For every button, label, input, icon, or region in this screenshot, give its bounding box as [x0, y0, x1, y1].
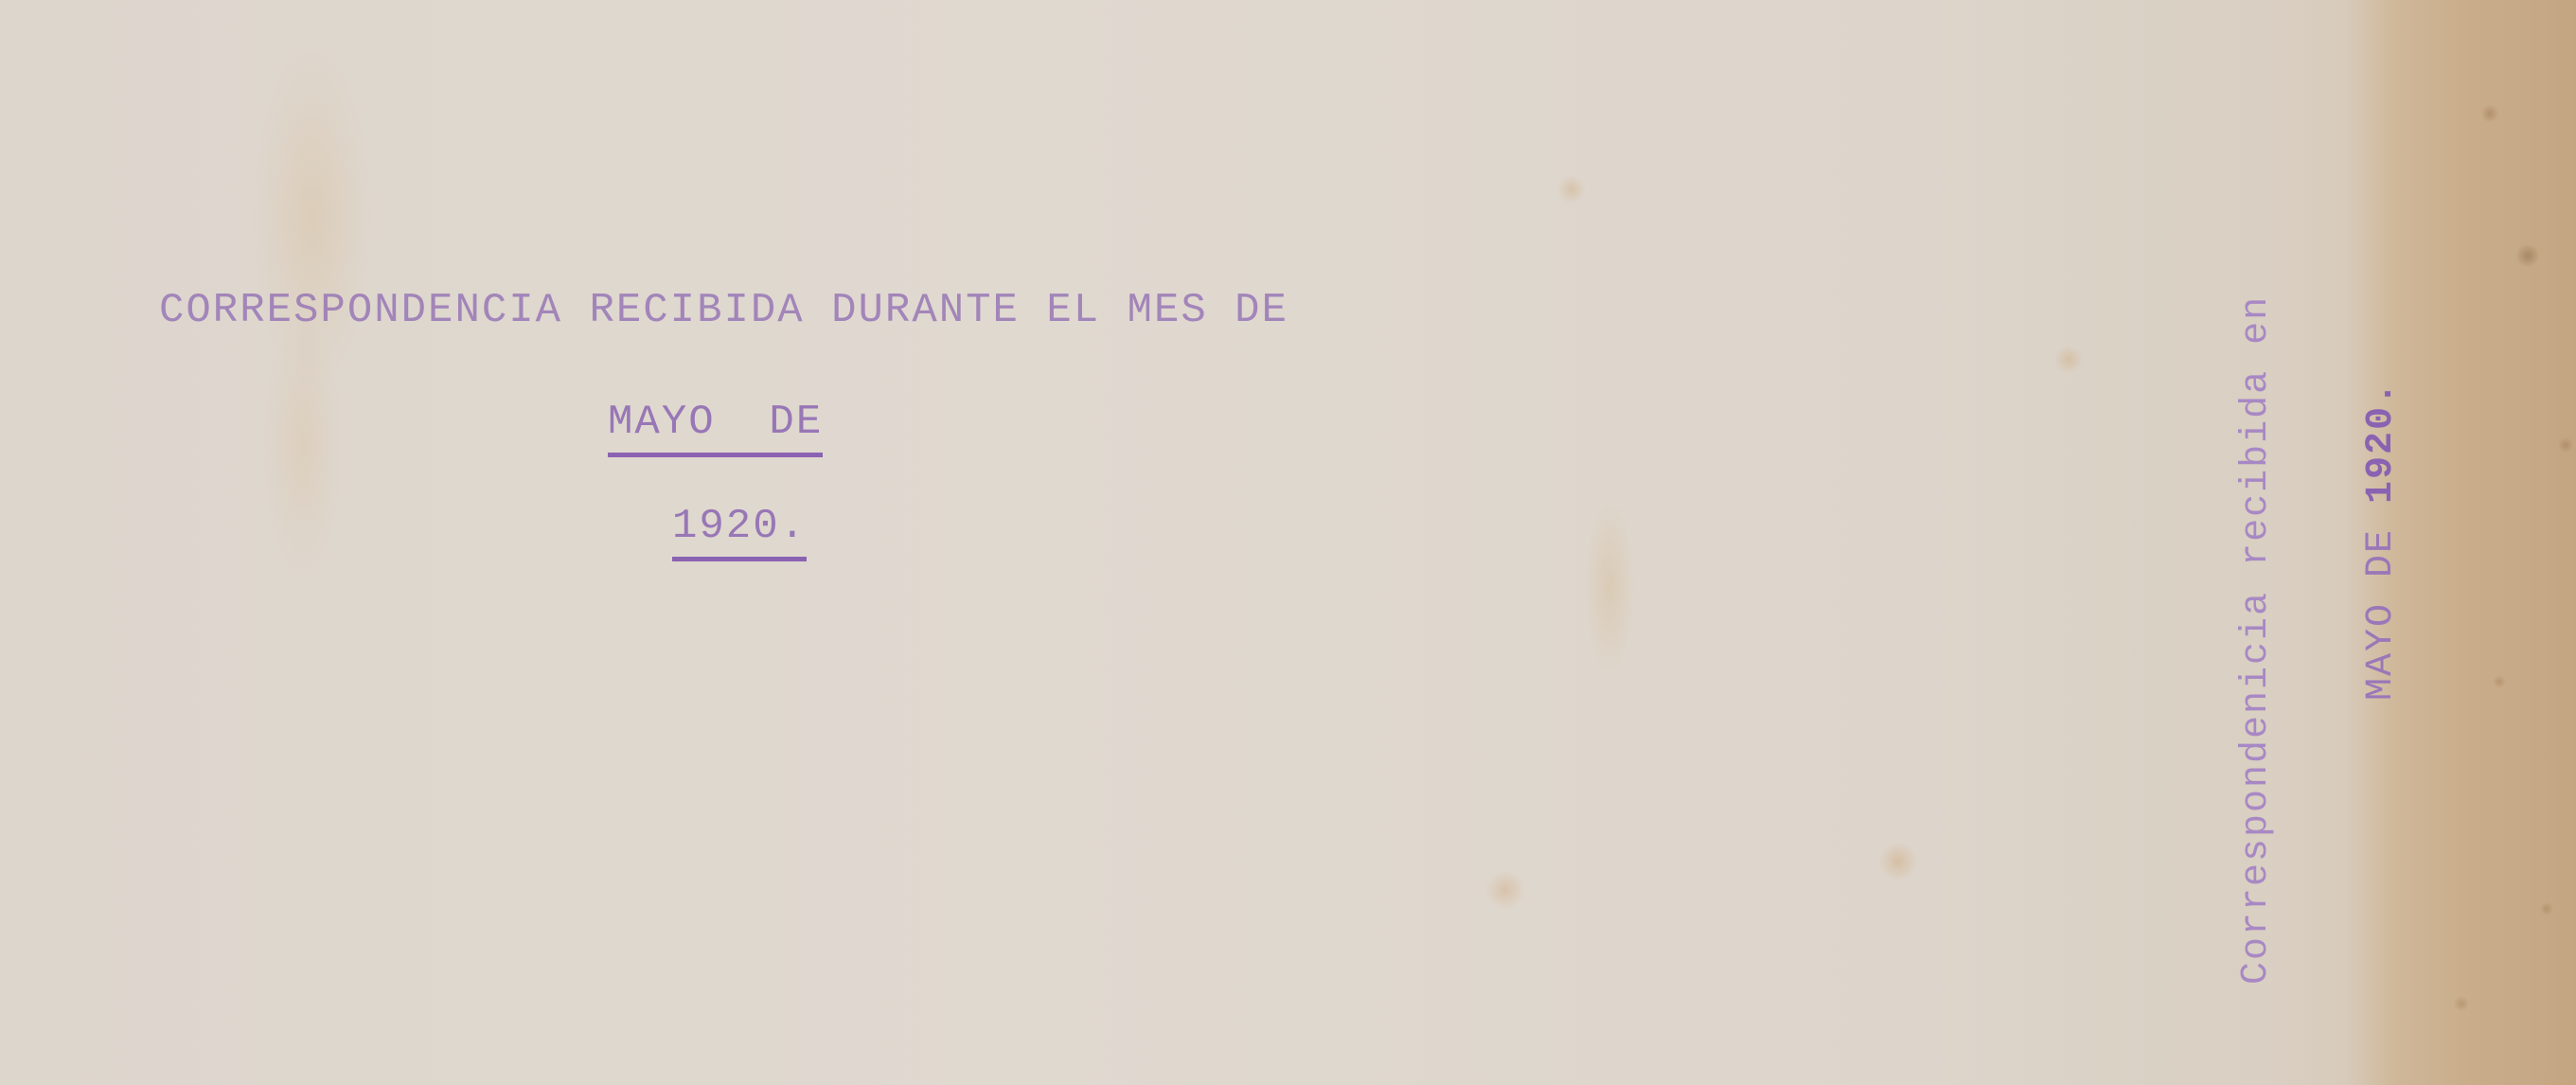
document-heading: CORRESPONDENCIA RECIBIDA DURANTE EL MES …	[159, 284, 1288, 337]
spine-label-line2: MAYO DE 1920.	[2359, 381, 2405, 701]
spine-label-line1: Correspondenicia recibida en	[2234, 295, 2280, 985]
spine-label-month: MAYO DE	[2360, 504, 2403, 701]
year-line: 1920.	[672, 500, 807, 561]
document-page: CORRESPONDENCIA RECIBIDA DURANTE EL MES …	[0, 0, 2576, 1085]
foxed-paper-edge	[2386, 0, 2576, 1085]
month-line: MAYO DE	[608, 396, 823, 457]
spine-label-year: 1920.	[2360, 381, 2403, 504]
